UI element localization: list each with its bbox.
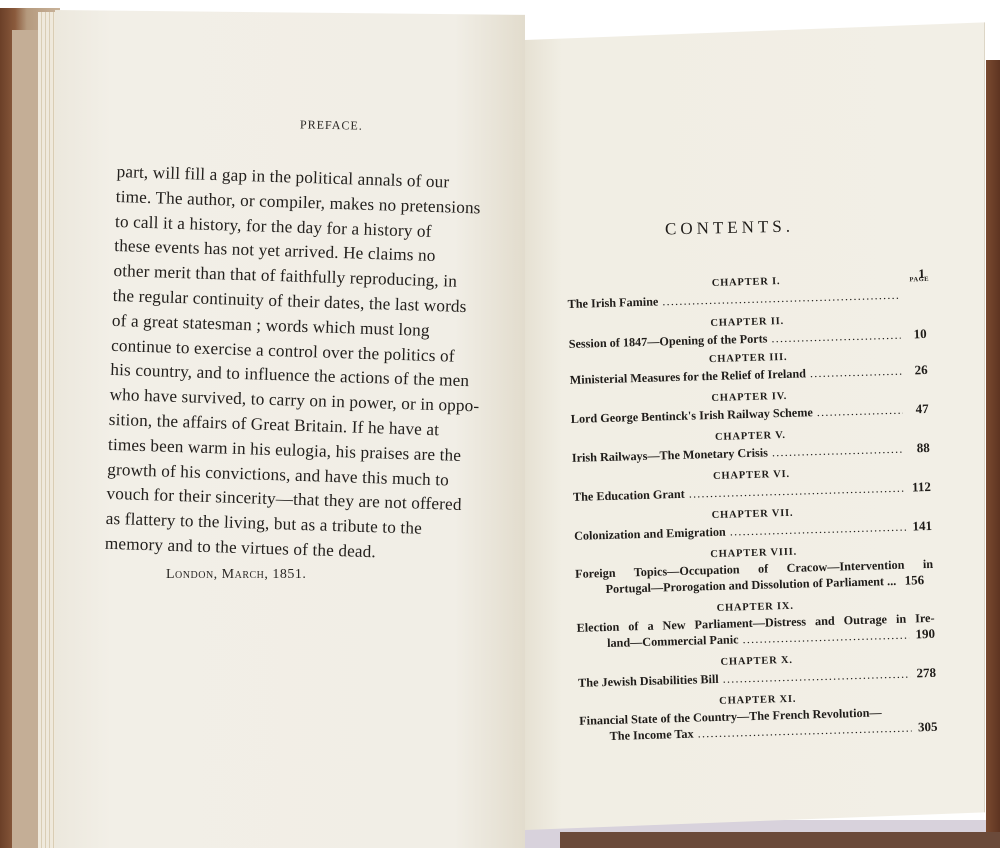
leader-dots [662,288,900,310]
chapter-title-line: The Income Tax [609,727,693,744]
toc-entry: CHAPTER VIII. Foreign Topics—Occupation … [575,543,934,598]
page-title: CONTENTS. [665,217,794,240]
toc-entry: CHAPTER V. Irish Railways—The Monetary C… [571,426,930,466]
toc-entry: CHAPTER III. Ministerial Measures for th… [569,348,928,388]
leader-dots [689,481,906,502]
chapter-title: Colonization and Emigration [574,525,726,544]
chapter-title: Irish Railways—The Monetary Crisis [572,445,768,465]
leader-dots [730,520,907,540]
toc-entry: CHAPTER XI. Financial State of the Count… [579,690,938,745]
leader-dots [817,403,903,420]
leader-dots [771,328,901,347]
contents-page: CONTENTS. PAGE CHAPTER I. The Irish Fami… [525,0,1000,848]
book-photo: PREFACE. part, will fill a gap in the po… [0,0,1000,848]
page-number: 141 [910,518,932,535]
table-of-contents: PAGE CHAPTER I. The Irish Famine 1 CHAPT… [567,272,938,745]
chapter-title: Session of 1847—Opening of the Ports [569,331,768,352]
leader-dots [810,364,902,382]
toc-entry: CHAPTER VII. Colonization and Emigration… [573,504,932,544]
toc-entry: CHAPTER I. The Irish Famine 1 [567,272,926,312]
chapter-title: The Irish Famine [567,294,658,312]
toc-entry: CHAPTER X. The Jewish Disabilities Bill … [578,651,937,691]
toc-entry: CHAPTER VI. The Education Grant 112 [572,465,931,505]
page-number: 88 [908,440,930,457]
preface-signature: London, March, 1851. [166,567,306,583]
page-number: 26 [905,362,927,379]
page-number: 10 [904,326,926,343]
chapter-title: The Jewish Disabilities Bill [578,672,719,691]
leader-dots [722,667,910,687]
page-number: 278 [914,665,936,682]
toc-entry: CHAPTER II. Session of 1847—Opening of t… [568,312,927,352]
running-head: PREFACE. [300,117,363,133]
page-number: 190 [913,626,935,643]
page-number: 47 [906,401,928,418]
preface-page: PREFACE. part, will fill a gap in the po… [55,0,525,838]
chapter-title: Lord George Bentinck's Irish Railway Sch… [571,405,813,427]
page-number: 156 [902,572,924,589]
toc-entry: CHAPTER IV. Lord George Bentinck's Irish… [570,387,929,427]
page-number: 1 [903,266,925,283]
chapter-title-line: land—Commercial Panic [607,632,739,651]
chapter-title: The Education Grant [573,487,685,505]
chapter-title: Ministerial Measures for the Relief of I… [570,366,807,388]
leader-dots [772,442,904,461]
page-number: 112 [909,479,931,496]
page-number: 305 [915,719,937,736]
preface-body: part, will fill a gap in the political a… [105,160,517,569]
toc-entry: CHAPTER IX. Election of a New Parliament… [576,597,935,652]
leader-dots [742,628,909,648]
